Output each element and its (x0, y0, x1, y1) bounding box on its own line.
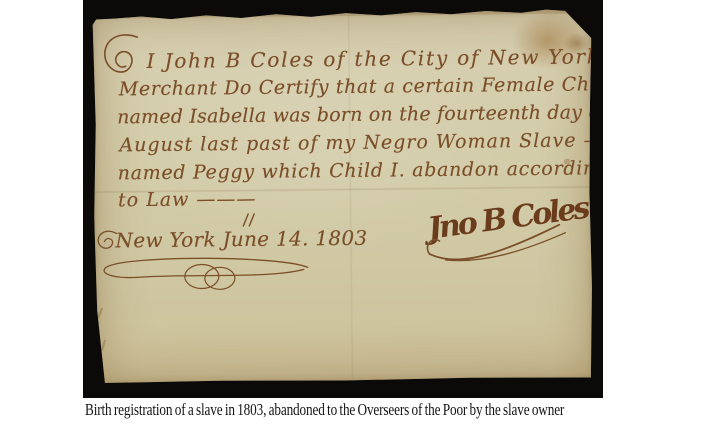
handwritten-line: I John B Coles of the City of New York (146, 44, 600, 73)
paper-document: I John B Coles of the City of New York M… (91, 8, 595, 384)
flourish-loops-icon (96, 251, 314, 293)
handwritten-line: Merchant Do Certify that a certain Femal… (119, 73, 616, 100)
document-photo: I John B Coles of the City of New York M… (83, 0, 603, 398)
insertion-mark-icon (239, 212, 257, 228)
pen-scratch (101, 339, 106, 350)
caption: Birth registration of a slave in 1803, a… (85, 400, 564, 420)
handwritten-dateline: New York June 14. 1803 (115, 226, 367, 253)
handwritten-line: to Law ——— (118, 188, 257, 211)
handwritten-line: named Peggy which Child I. abandon accor… (118, 157, 609, 184)
handwritten-line: August last past of my Negro Woman Slave… (119, 129, 603, 156)
page: I John B Coles of the City of New York M… (0, 0, 707, 425)
paper-top-edge-shading (91, 8, 591, 18)
opening-flourish-icon (97, 29, 142, 85)
signature: Jno B Coles (426, 191, 590, 247)
pen-scratch (97, 308, 103, 319)
handwritten-line: named Isabella was born on the fourteent… (117, 101, 607, 128)
